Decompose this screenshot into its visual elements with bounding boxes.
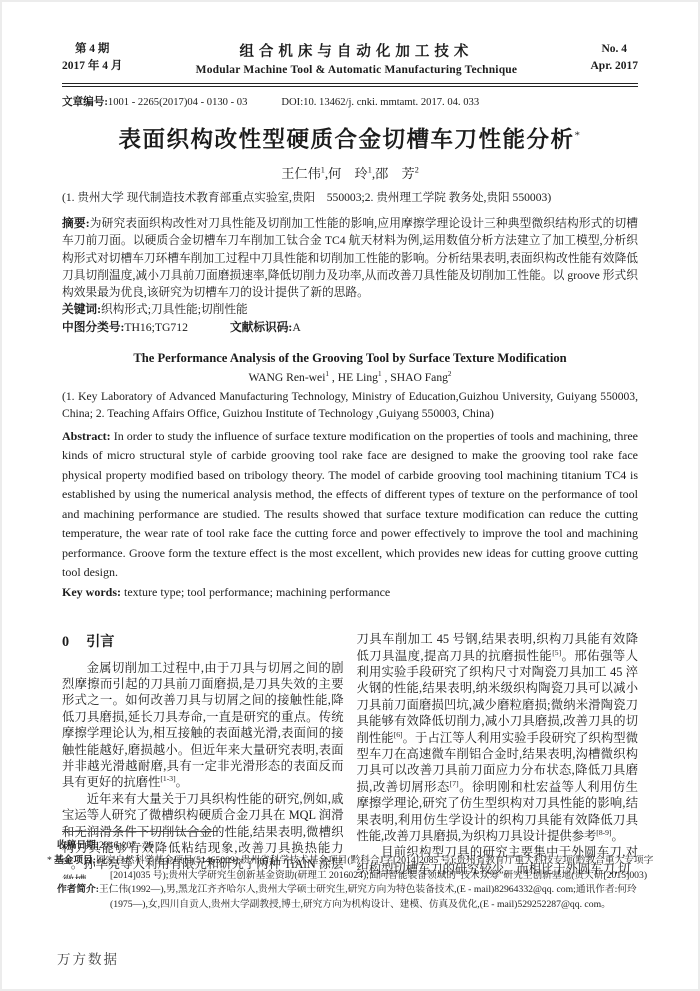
paper-title-en: The Performance Analysis of the Grooving… [62,351,638,366]
title-footnote-mark: * [575,130,582,142]
article-no-label: 文章编号: [62,97,108,108]
keywords-cn: 织构形式;刀具性能;切削性能 [101,303,248,316]
author-name: 邵 芳 [375,166,415,181]
abstract-text-en: In order to study the influence of surfa… [62,429,638,580]
body-paragraph: 金属切削加工过程中,由于刀具与切屑之间的剧烈摩擦而引起的刀具前刀面磨损,是刀具失… [62,660,344,791]
fund-text: 国家自然科学基金项目(51465009);贵州省科学技术基金项目(黔科合J字[2… [96,855,653,881]
issue-cn: 第 4 期 [62,41,122,58]
received-label: 收稿日期: [57,840,99,851]
abstract-cn: 摘要:为研究表面织构改性对刀具性能及切削加工性能的影响,应用摩擦学理论设计三种典… [62,215,638,301]
keywords-line-cn: 关键词:织构形式;刀具性能;切削性能 [62,301,638,318]
fund-star: * [47,854,54,869]
body-paragraph: 刀具车削加工 45 号钢,结果表明,织构刀具能有效降低刀具温度,提高刀具的抗磨损… [357,631,639,844]
keywords-label-en: Key words: [62,585,121,599]
journal-name-cn: 组合机床与自动化加工技术 [132,40,580,61]
footnote-fund: *基金项目:国家自然科学基金项目(51465009);贵州省科学技术基金项目(黔… [47,854,655,884]
abstract-text-cn: 为研究表面织构改性对刀具性能及切削加工性能的影响,应用摩擦学理论设计三种典型微织… [62,217,638,299]
citation-mark: [1-3] [160,774,175,783]
doc-code-value: A [292,321,300,334]
citation-mark: [5] [552,647,561,656]
citation-mark: [6] [394,730,403,739]
author-name: 何 玲 [328,166,368,181]
clc-value: TH16;TG712 [124,321,188,334]
doc-code-label: 文献标识码: [230,321,292,334]
journal-name-en: Modular Machine Tool & Automatic Manufac… [132,64,580,76]
received-date: 2016 - 07 - 26 [99,840,154,851]
bio-text: 王仁伟(1992—),男,黑龙江齐齐哈尔人,贵州大学硕士研究生,研究方向为特色装… [99,884,637,910]
page-content: 第 4 期 2017 年 4 月 组合机床与自动化加工技术 Modular Ma… [0,0,700,879]
author-name: 王仁伟 [281,166,321,181]
paper-title-cn: 表面织构改性型硬质合金切槽车刀性能分析* [62,122,638,154]
header-number-block: No. 4 Apr. 2017 [591,41,639,75]
article-meta-line: 文章编号:1001 - 2265(2017)04 - 0130 - 03DOI:… [62,94,638,109]
author-affil-mark: 1 [378,370,382,378]
bio-label: 作者简介: [57,884,99,895]
header-double-rule [62,83,638,87]
abstract-en: Abstract: In order to study the influenc… [62,427,638,583]
author-name: SHAO Fang [390,371,448,384]
keywords-en: texture type; tool performance; machinin… [121,585,390,599]
keywords-line-en: Key words: texture type; tool performanc… [62,583,638,603]
journal-header: 第 4 期 2017 年 4 月 组合机床与自动化加工技术 Modular Ma… [62,40,638,76]
citation-mark: [7] [450,779,459,788]
journal-name-block: 组合机床与自动化加工技术 Modular Machine Tool & Auto… [122,40,590,76]
clc-line: 中图分类号:TH16;TG712文献标识码:A [62,319,638,336]
abstract-label-en: Abstract: [62,429,111,443]
date-en: Apr. 2017 [591,58,639,75]
section-title: 引言 [86,634,114,650]
authors-en: WANG Ren-wei1 , HE Ling1 , SHAO Fang2 [62,371,638,384]
wanfang-watermark: 万方数据 [57,948,119,968]
section-number: 0 [62,634,69,650]
fund-label: 基金项目: [54,855,96,866]
footnote-received: 收稿日期:2016 - 07 - 26 [47,839,655,854]
paper-page: 第 4 期 2017 年 4 月 组合机床与自动化加工技术 Modular Ma… [0,0,700,991]
keywords-label-cn: 关键词: [62,303,101,316]
section-heading: 0引言 [62,634,344,650]
doi: DOI:10. 13462/j. cnki. mmtamt. 2017. 04.… [281,97,479,108]
clc-label: 中图分类号: [62,321,124,334]
footnote-bio: 作者简介:王仁伟(1992—),男,黑龙江齐齐哈尔人,贵州大学硕士研究生,研究方… [47,883,655,913]
author-affil-mark: 1 [368,166,372,175]
authors-cn: 王仁伟1,何 玲1,邵 芳2 [62,163,638,182]
author-affil-mark: 2 [448,370,452,378]
footnote-block: 收稿日期:2016 - 07 - 26 *基金项目:国家自然科学基金项目(514… [47,831,655,913]
author-name: HE Ling [338,371,378,384]
article-no: 1001 - 2265(2017)04 - 0130 - 03 [108,97,247,108]
affiliation-cn: (1. 贵州大学 现代制造技术教育部重点实验室,贵阳 550003;2. 贵州理… [62,189,638,206]
author-affil-mark: 2 [415,166,419,175]
author-affil-mark: 1 [321,166,325,175]
author-affil-mark: 1 [325,370,329,378]
author-name: WANG Ren-wei [248,371,325,384]
abstract-label-cn: 摘要: [62,217,90,230]
issue-en: No. 4 [591,41,639,58]
header-issue-block: 第 4 期 2017 年 4 月 [62,41,122,75]
affiliation-en: (1. Key Laboratory of Advanced Manufactu… [62,389,638,423]
footnote-rule [62,831,218,832]
date-cn: 2017 年 4 月 [62,58,122,75]
